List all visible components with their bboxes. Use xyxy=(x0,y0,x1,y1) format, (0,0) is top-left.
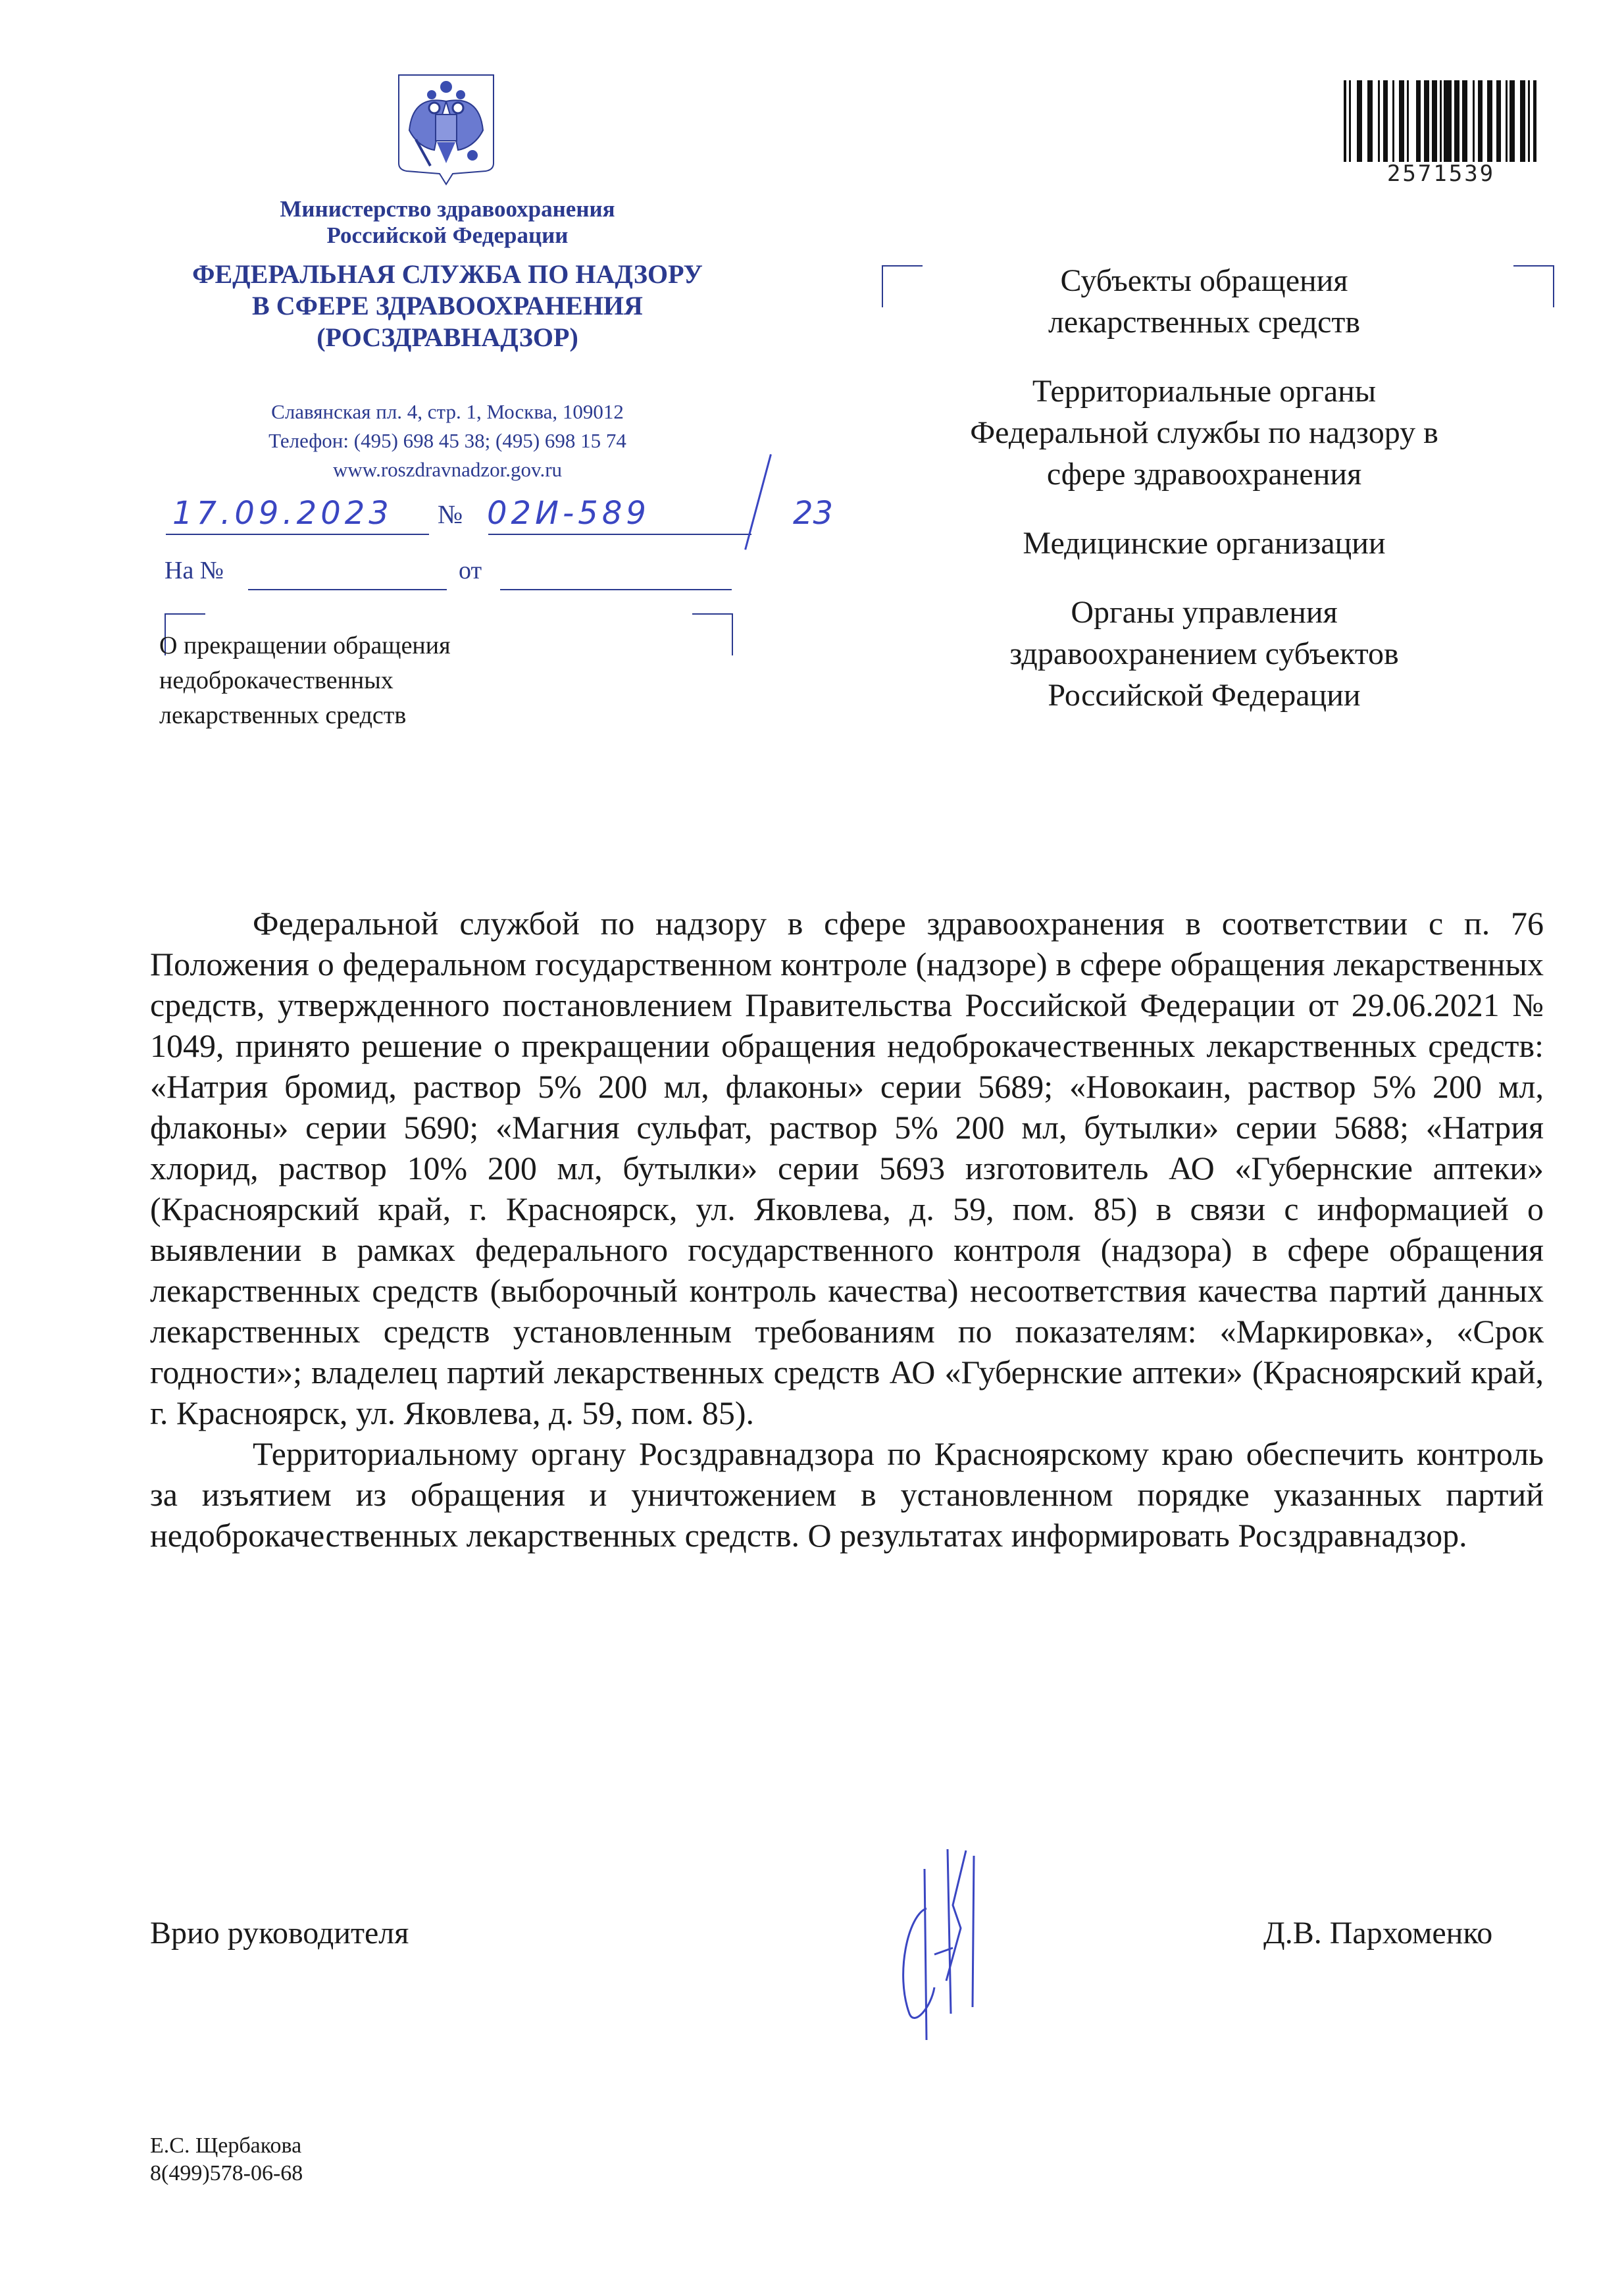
reference-date-field xyxy=(500,589,732,590)
recipient-group: Органы управления здравоохранением субъе… xyxy=(875,592,1533,716)
signatory-role: Врио руководителя xyxy=(150,1915,409,1951)
recipient-group: Субъекты обращения лекарственных средств xyxy=(875,260,1533,343)
registration-date: 17.09.2023 xyxy=(172,495,436,532)
recipient-line: Органы управления xyxy=(875,592,1533,633)
subject-line-2: недоброкачественных xyxy=(159,663,620,698)
body-paragraph-1: Федеральной службой по надзору в сфере з… xyxy=(150,903,1544,1433)
recipient-group: Медицинские организации xyxy=(875,523,1533,564)
recipient-line: Субъекты обращения xyxy=(875,260,1533,301)
recipient-line: Территориальные органы xyxy=(875,370,1533,412)
executor-phone: 8(499)578-06-68 xyxy=(150,2160,303,2187)
handwritten-signature-icon xyxy=(869,1843,1066,2060)
reference-from-label: от xyxy=(459,556,482,585)
recipient-line: Федеральной службы по надзору в xyxy=(875,412,1533,453)
ministry-line-1: Министерство здравоохранения xyxy=(224,196,671,222)
ministry-name: Министерство здравоохранения Российской … xyxy=(224,196,671,249)
subject-line-3: лекарственных средств xyxy=(159,698,620,733)
address: Славянская пл. 4, стр. 1, Москва, 109012 xyxy=(171,397,724,426)
subject: О прекращении обращения недоброкачествен… xyxy=(159,628,620,733)
executor-info: Е.С. Щербакова 8(499)578-06-68 xyxy=(150,2132,303,2187)
service-line-2: В СФЕРЕ ЗДРАВООХРАНЕНИЯ xyxy=(158,290,737,322)
recipient-line: Российской Федерации xyxy=(875,675,1533,716)
reference-number-field xyxy=(248,589,447,590)
number-underline xyxy=(488,534,751,535)
recipient-line: Медицинские организации xyxy=(875,523,1533,564)
website-link[interactable]: www.roszdravnadzor.gov.ru xyxy=(171,455,724,484)
contacts: Славянская пл. 4, стр. 1, Москва, 109012… xyxy=(171,397,724,484)
recipient-line: здравоохранением субъектов xyxy=(875,633,1533,675)
body-paragraph-2: Территориальному органу Росздравнадзора … xyxy=(150,1433,1544,1556)
subject-bracket-right xyxy=(692,613,733,655)
subject-line-1: О прекращении обращения xyxy=(159,628,620,663)
service-line-3: (РОСЗДРАВНАДЗОР) xyxy=(158,322,737,353)
registration-number-suffix: 23 xyxy=(793,495,833,532)
coat-of-arms-icon xyxy=(393,71,499,190)
ministry-line-2: Российской Федерации xyxy=(224,222,671,249)
barcode-number: 2571539 xyxy=(1356,161,1527,187)
phone: Телефон: (495) 698 45 38; (495) 698 15 7… xyxy=(171,426,724,455)
signatory-name: Д.В. Пархоменко xyxy=(1263,1915,1492,1951)
service-name: ФЕДЕРАЛЬНАЯ СЛУЖБА ПО НАДЗОРУ В СФЕРЕ ЗД… xyxy=(158,259,737,353)
service-line-1: ФЕДЕРАЛЬНАЯ СЛУЖБА ПО НАДЗОРУ xyxy=(158,259,737,290)
barcode xyxy=(1344,80,1540,162)
recipients: Субъекты обращения лекарственных средств… xyxy=(875,260,1533,744)
number-sign: № xyxy=(438,499,463,530)
date-underline xyxy=(166,534,429,535)
letter-body: Федеральной службой по надзору в сфере з… xyxy=(150,903,1544,1556)
recipient-group: Территориальные органы Федеральной служб… xyxy=(875,370,1533,495)
recipient-line: сфере здравоохранения xyxy=(875,453,1533,495)
executor-name: Е.С. Щербакова xyxy=(150,2132,303,2160)
reference-number-label: На № xyxy=(165,556,224,585)
recipient-line: лекарственных средств xyxy=(875,301,1533,343)
registration-number: 02И-589 xyxy=(487,495,770,532)
